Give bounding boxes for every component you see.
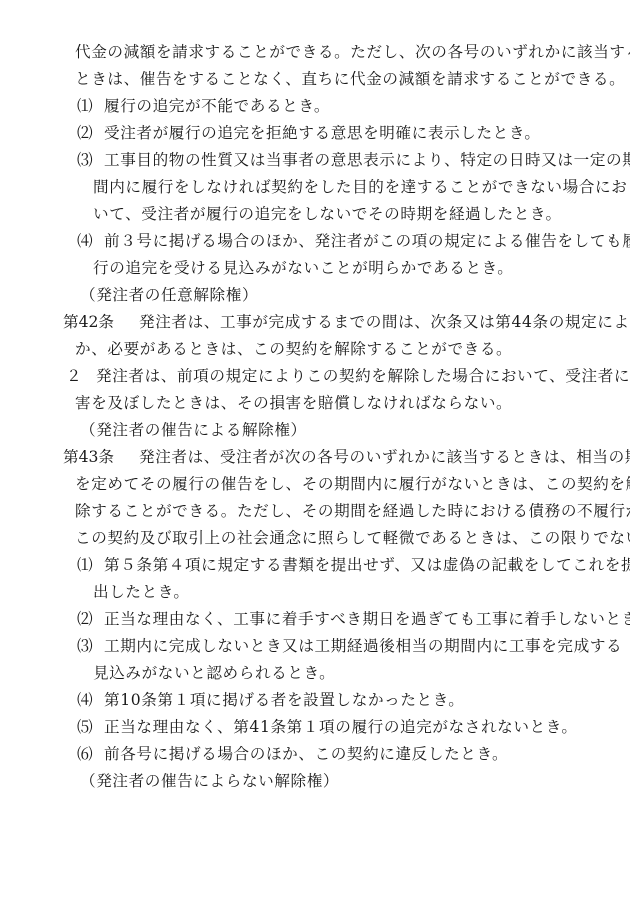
body-line: 行の追完を受ける見込みがないことが明らかであるとき。 — [93, 258, 513, 278]
paragraph-text: 発注者は、前項の規定によりこの契約を解除した場合において、受注者に損 — [96, 367, 630, 385]
item-number: ⑷ — [77, 231, 104, 251]
list-item: ⑹前各号に掲げる場合のほか、この契約に違反したとき。 — [77, 744, 508, 764]
item-number: ⑵ — [77, 609, 104, 629]
line-text: いて、受注者が履行の追完をしないでその時期を経過したとき。 — [93, 205, 562, 223]
list-item: ⑵正当な理由なく、工事に着手すべき期日を過ぎても工事に着手しないとき。 — [77, 609, 630, 629]
item-text: 受注者が履行の追完を拒絶する意思を明確に表示したとき。 — [104, 124, 541, 142]
list-item: ⑷前３号に掲げる場合のほか、発注者がこの項の規定による催告をしても履 — [77, 231, 630, 251]
body-line: ときは、催告をすることなく、直ちに代金の減額を請求することができる。 — [75, 69, 625, 89]
line-text: 見込みがないと認められるとき。 — [93, 664, 335, 682]
item-number: ⑵ — [77, 123, 104, 143]
item-text: 正当な理由なく、第41条第１項の履行の追完がなされないとき。 — [104, 718, 578, 736]
list-item: ⑵受注者が履行の追完を拒絶する意思を明確に表示したとき。 — [77, 123, 541, 143]
item-number: ⑷ — [77, 690, 104, 710]
item-text: 前各号に掲げる場合のほか、この契約に違反したとき。 — [104, 745, 508, 763]
line-text: この契約及び取引上の社会通念に照らして軽微であるときは、この限りでない。 — [75, 529, 630, 547]
article-line: 第42条発注者は、工事が完成するまでの間は、次条又は第44条の規定によるほ — [63, 312, 630, 332]
line-text: ときは、催告をすることなく、直ちに代金の減額を請求することができる。 — [75, 70, 625, 88]
article-text: 発注者は、工事が完成するまでの間は、次条又は第44条の規定によるほ — [139, 313, 630, 331]
body-line: 代金の減額を請求することができる。ただし、次の各号のいずれかに該当する — [75, 42, 575, 62]
item-text: 履行の追完が不能であるとき。 — [104, 97, 330, 115]
paragraph-number: ２ — [66, 366, 96, 386]
body-line: この契約及び取引上の社会通念に照らして軽微であるときは、この限りでない。 — [75, 528, 630, 548]
body-line: 除することができる。ただし、その期間を経過した時における債務の不履行が — [75, 501, 630, 521]
heading-text: （発注者の任意解除権） — [80, 286, 258, 304]
list-item: ⑶工事目的物の性質又は当事者の意思表示により、特定の日時又は一定の期 — [77, 150, 630, 170]
list-item: ⑸正当な理由なく、第41条第１項の履行の追完がなされないとき。 — [77, 717, 578, 737]
paragraph-line: ２発注者は、前項の規定によりこの契約を解除した場合において、受注者に損 — [66, 366, 630, 386]
body-line: 害を及ぼしたときは、その損害を賠償しなければならない。 — [75, 393, 512, 413]
section-heading: （発注者の催告による解除権） — [80, 420, 307, 440]
section-heading: （発注者の任意解除権） — [80, 285, 258, 305]
line-text: 行の追完を受ける見込みがないことが明らかであるとき。 — [93, 259, 513, 277]
line-text: 害を及ぼしたときは、その損害を賠償しなければならない。 — [75, 394, 512, 412]
heading-text: （発注者の催告による解除権） — [80, 421, 307, 439]
body-line: か、必要があるときは、この契約を解除することができる。 — [75, 339, 512, 359]
line-text: 除することができる。ただし、その期間を経過した時における債務の不履行が — [75, 502, 630, 520]
list-item: ⑴履行の追完が不能であるとき。 — [77, 96, 330, 116]
body-line: を定めてその履行の催告をし、その期間内に履行がないときは、この契約を解 — [75, 474, 630, 494]
item-number: ⑶ — [77, 150, 104, 170]
line-text: を定めてその履行の催告をし、その期間内に履行がないときは、この契約を解 — [75, 475, 630, 493]
item-number: ⑸ — [77, 717, 104, 737]
item-number: ⑹ — [77, 744, 104, 764]
heading-text: （発注者の催告によらない解除権） — [80, 772, 339, 790]
line-text: 代金の減額を請求することができる。ただし、次の各号のいずれかに該当する — [75, 43, 630, 61]
list-item: ⑶工期内に完成しないとき又は工期経過後相当の期間内に工事を完成する — [77, 636, 622, 656]
body-line: いて、受注者が履行の追完をしないでその時期を経過したとき。 — [93, 204, 562, 224]
list-item: ⑷第10条第１項に掲げる者を設置しなかったとき。 — [77, 690, 465, 710]
item-number: ⑶ — [77, 636, 104, 656]
article-number: 第43条 — [63, 447, 139, 467]
list-item: ⑴第５条第４項に規定する書類を提出せず、又は虚偽の記載をしてこれを提 — [77, 555, 630, 575]
section-heading: （発注者の催告によらない解除権） — [80, 771, 339, 791]
line-text: 出したとき。 — [93, 583, 190, 601]
body-line: 見込みがないと認められるとき。 — [93, 663, 335, 683]
article-number: 第42条 — [63, 312, 139, 332]
item-text: 前３号に掲げる場合のほか、発注者がこの項の規定による催告をしても履 — [104, 232, 630, 250]
document-page: 代金の減額を請求することができる。ただし、次の各号のいずれかに該当する ときは、… — [0, 0, 630, 903]
item-text: 第５条第４項に規定する書類を提出せず、又は虚偽の記載をしてこれを提 — [104, 556, 630, 574]
line-text: 間内に履行をしなければ契約をした目的を達することができない場合にお — [93, 178, 627, 196]
line-text: か、必要があるときは、この契約を解除することができる。 — [75, 340, 512, 358]
article-line: 第43条発注者は、受注者が次の各号のいずれかに該当するときは、相当の期間 — [63, 447, 630, 467]
article-text: 発注者は、受注者が次の各号のいずれかに該当するときは、相当の期間 — [139, 448, 630, 466]
body-line: 間内に履行をしなければ契約をした目的を達することができない場合にお — [93, 177, 627, 197]
item-number: ⑴ — [77, 96, 104, 116]
item-number: ⑴ — [77, 555, 104, 575]
item-text: 工期内に完成しないとき又は工期経過後相当の期間内に工事を完成する — [104, 637, 622, 655]
body-line: 出したとき。 — [93, 582, 190, 602]
item-text: 正当な理由なく、工事に着手すべき期日を過ぎても工事に着手しないとき。 — [104, 610, 630, 628]
item-text: 第10条第１項に掲げる者を設置しなかったとき。 — [104, 691, 465, 709]
item-text: 工事目的物の性質又は当事者の意思表示により、特定の日時又は一定の期 — [104, 151, 630, 169]
